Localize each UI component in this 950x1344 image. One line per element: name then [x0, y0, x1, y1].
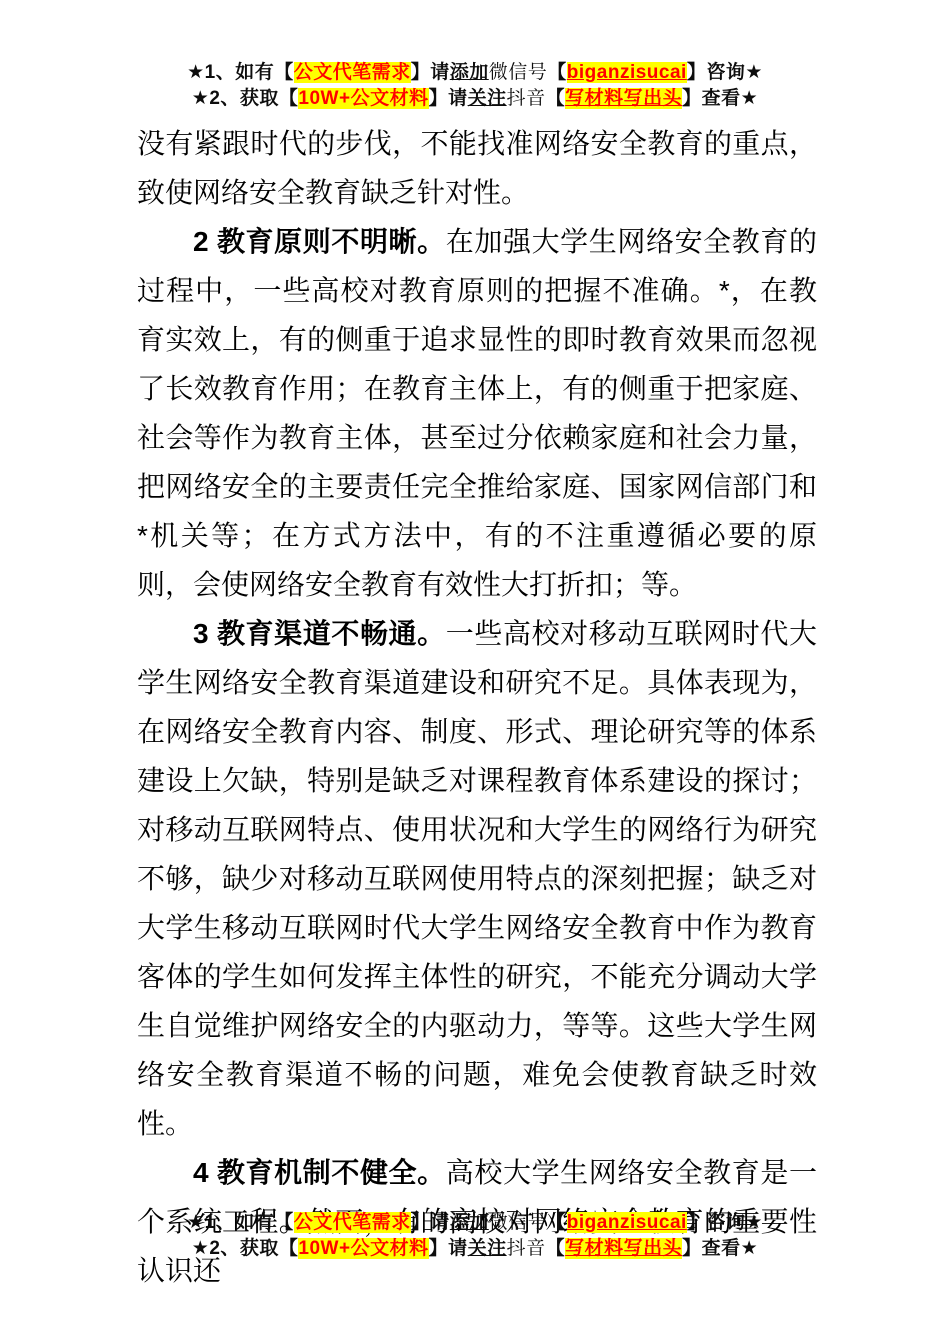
- douyin-id-highlight: 写材料写出头: [565, 1238, 682, 1259]
- wechat-id-highlight: biganzisucai: [567, 1212, 687, 1233]
- promo-text: 】查看★: [682, 1238, 758, 1259]
- promo-text: 】请: [429, 88, 468, 109]
- paragraph-lead-bold: 2 教育原则不明晰。: [193, 226, 446, 257]
- promo-text: 】咨询★: [687, 62, 763, 83]
- promo-text: 抖音: [507, 88, 546, 109]
- highlight-keyword: 10W+公文材料: [298, 1238, 428, 1259]
- douyin-id-highlight: 写材料写出头: [565, 88, 682, 109]
- footer-promo-banner: ★1、如有【公文代笔需求】请添加微信号【biganzisucai】咨询★ ★2、…: [0, 1210, 950, 1262]
- promo-text: 微信号: [489, 1212, 548, 1233]
- paragraph-text: 在加强大学生网络安全教育的过程中，一些高校对教育原则的把握不准确。*，在教育实效…: [137, 226, 817, 600]
- paragraph-continuation: 没有紧跟时代的步伐，不能找准网络安全教育的重点，致使网络安全教育缺乏针对性。: [137, 119, 817, 217]
- underlined-text: 关注: [468, 88, 507, 109]
- header-promo-banner: ★1、如有【公文代笔需求】请添加微信号【biganzisucai】咨询★ ★2、…: [0, 60, 950, 112]
- paragraph-2: 2 教育原则不明晰。在加强大学生网络安全教育的过程中，一些高校对教育原则的把握不…: [137, 217, 817, 609]
- wechat-id-highlight: biganzisucai: [567, 62, 687, 83]
- promo-text: 【: [547, 62, 567, 83]
- paragraph-lead-bold: 3 教育渠道不畅通。: [193, 618, 446, 649]
- promo-text: 【: [546, 1238, 566, 1259]
- highlight-keyword: 公文代笔需求: [294, 1212, 411, 1233]
- paragraph-text: 一些高校对移动互联网时代大学生网络安全教育渠道建设和研究不足。具体表现为，在网络…: [137, 618, 817, 1139]
- promo-text: ★2、获取【: [192, 88, 299, 109]
- promo-text: ★2、获取【: [192, 1238, 299, 1259]
- underlined-text: 关注: [468, 1238, 507, 1259]
- highlight-keyword: 10W+公文材料: [298, 88, 428, 109]
- underlined-text: 添加: [450, 1212, 489, 1233]
- promo-text: 】请: [411, 1212, 450, 1233]
- promo-text: ★1、如有【: [187, 62, 294, 83]
- document-page: ★1、如有【公文代笔需求】请添加微信号【biganzisucai】咨询★ ★2、…: [0, 0, 950, 1344]
- promo-line-1: ★1、如有【公文代笔需求】请添加微信号【biganzisucai】咨询★: [0, 1210, 950, 1236]
- promo-text: 】请: [411, 62, 450, 83]
- promo-text: 】咨询★: [687, 1212, 763, 1233]
- promo-text: 】请: [429, 1238, 468, 1259]
- document-body: 没有紧跟时代的步伐，不能找准网络安全教育的重点，致使网络安全教育缺乏针对性。 2…: [137, 119, 817, 1295]
- promo-line-2: ★2、获取【10W+公文材料】请关注抖音【写材料写出头】查看★: [0, 1236, 950, 1262]
- promo-text: 抖音: [507, 1238, 546, 1259]
- promo-text: 】查看★: [682, 88, 758, 109]
- promo-text: 【: [546, 88, 566, 109]
- paragraph-3: 3 教育渠道不畅通。一些高校对移动互联网时代大学生网络安全教育渠道建设和研究不足…: [137, 609, 817, 1148]
- paragraph-text: 没有紧跟时代的步伐，不能找准网络安全教育的重点，致使网络安全教育缺乏针对性。: [137, 128, 817, 208]
- paragraph-lead-bold: 4 教育机制不健全。: [193, 1157, 446, 1188]
- promo-line-2: ★2、获取【10W+公文材料】请关注抖音【写材料写出头】查看★: [0, 86, 950, 112]
- promo-text: 微信号: [489, 62, 548, 83]
- highlight-keyword: 公文代笔需求: [294, 62, 411, 83]
- promo-text: ★1、如有【: [187, 1212, 294, 1233]
- promo-text: 【: [547, 1212, 567, 1233]
- promo-line-1: ★1、如有【公文代笔需求】请添加微信号【biganzisucai】咨询★: [0, 60, 950, 86]
- underlined-text: 添加: [450, 62, 489, 83]
